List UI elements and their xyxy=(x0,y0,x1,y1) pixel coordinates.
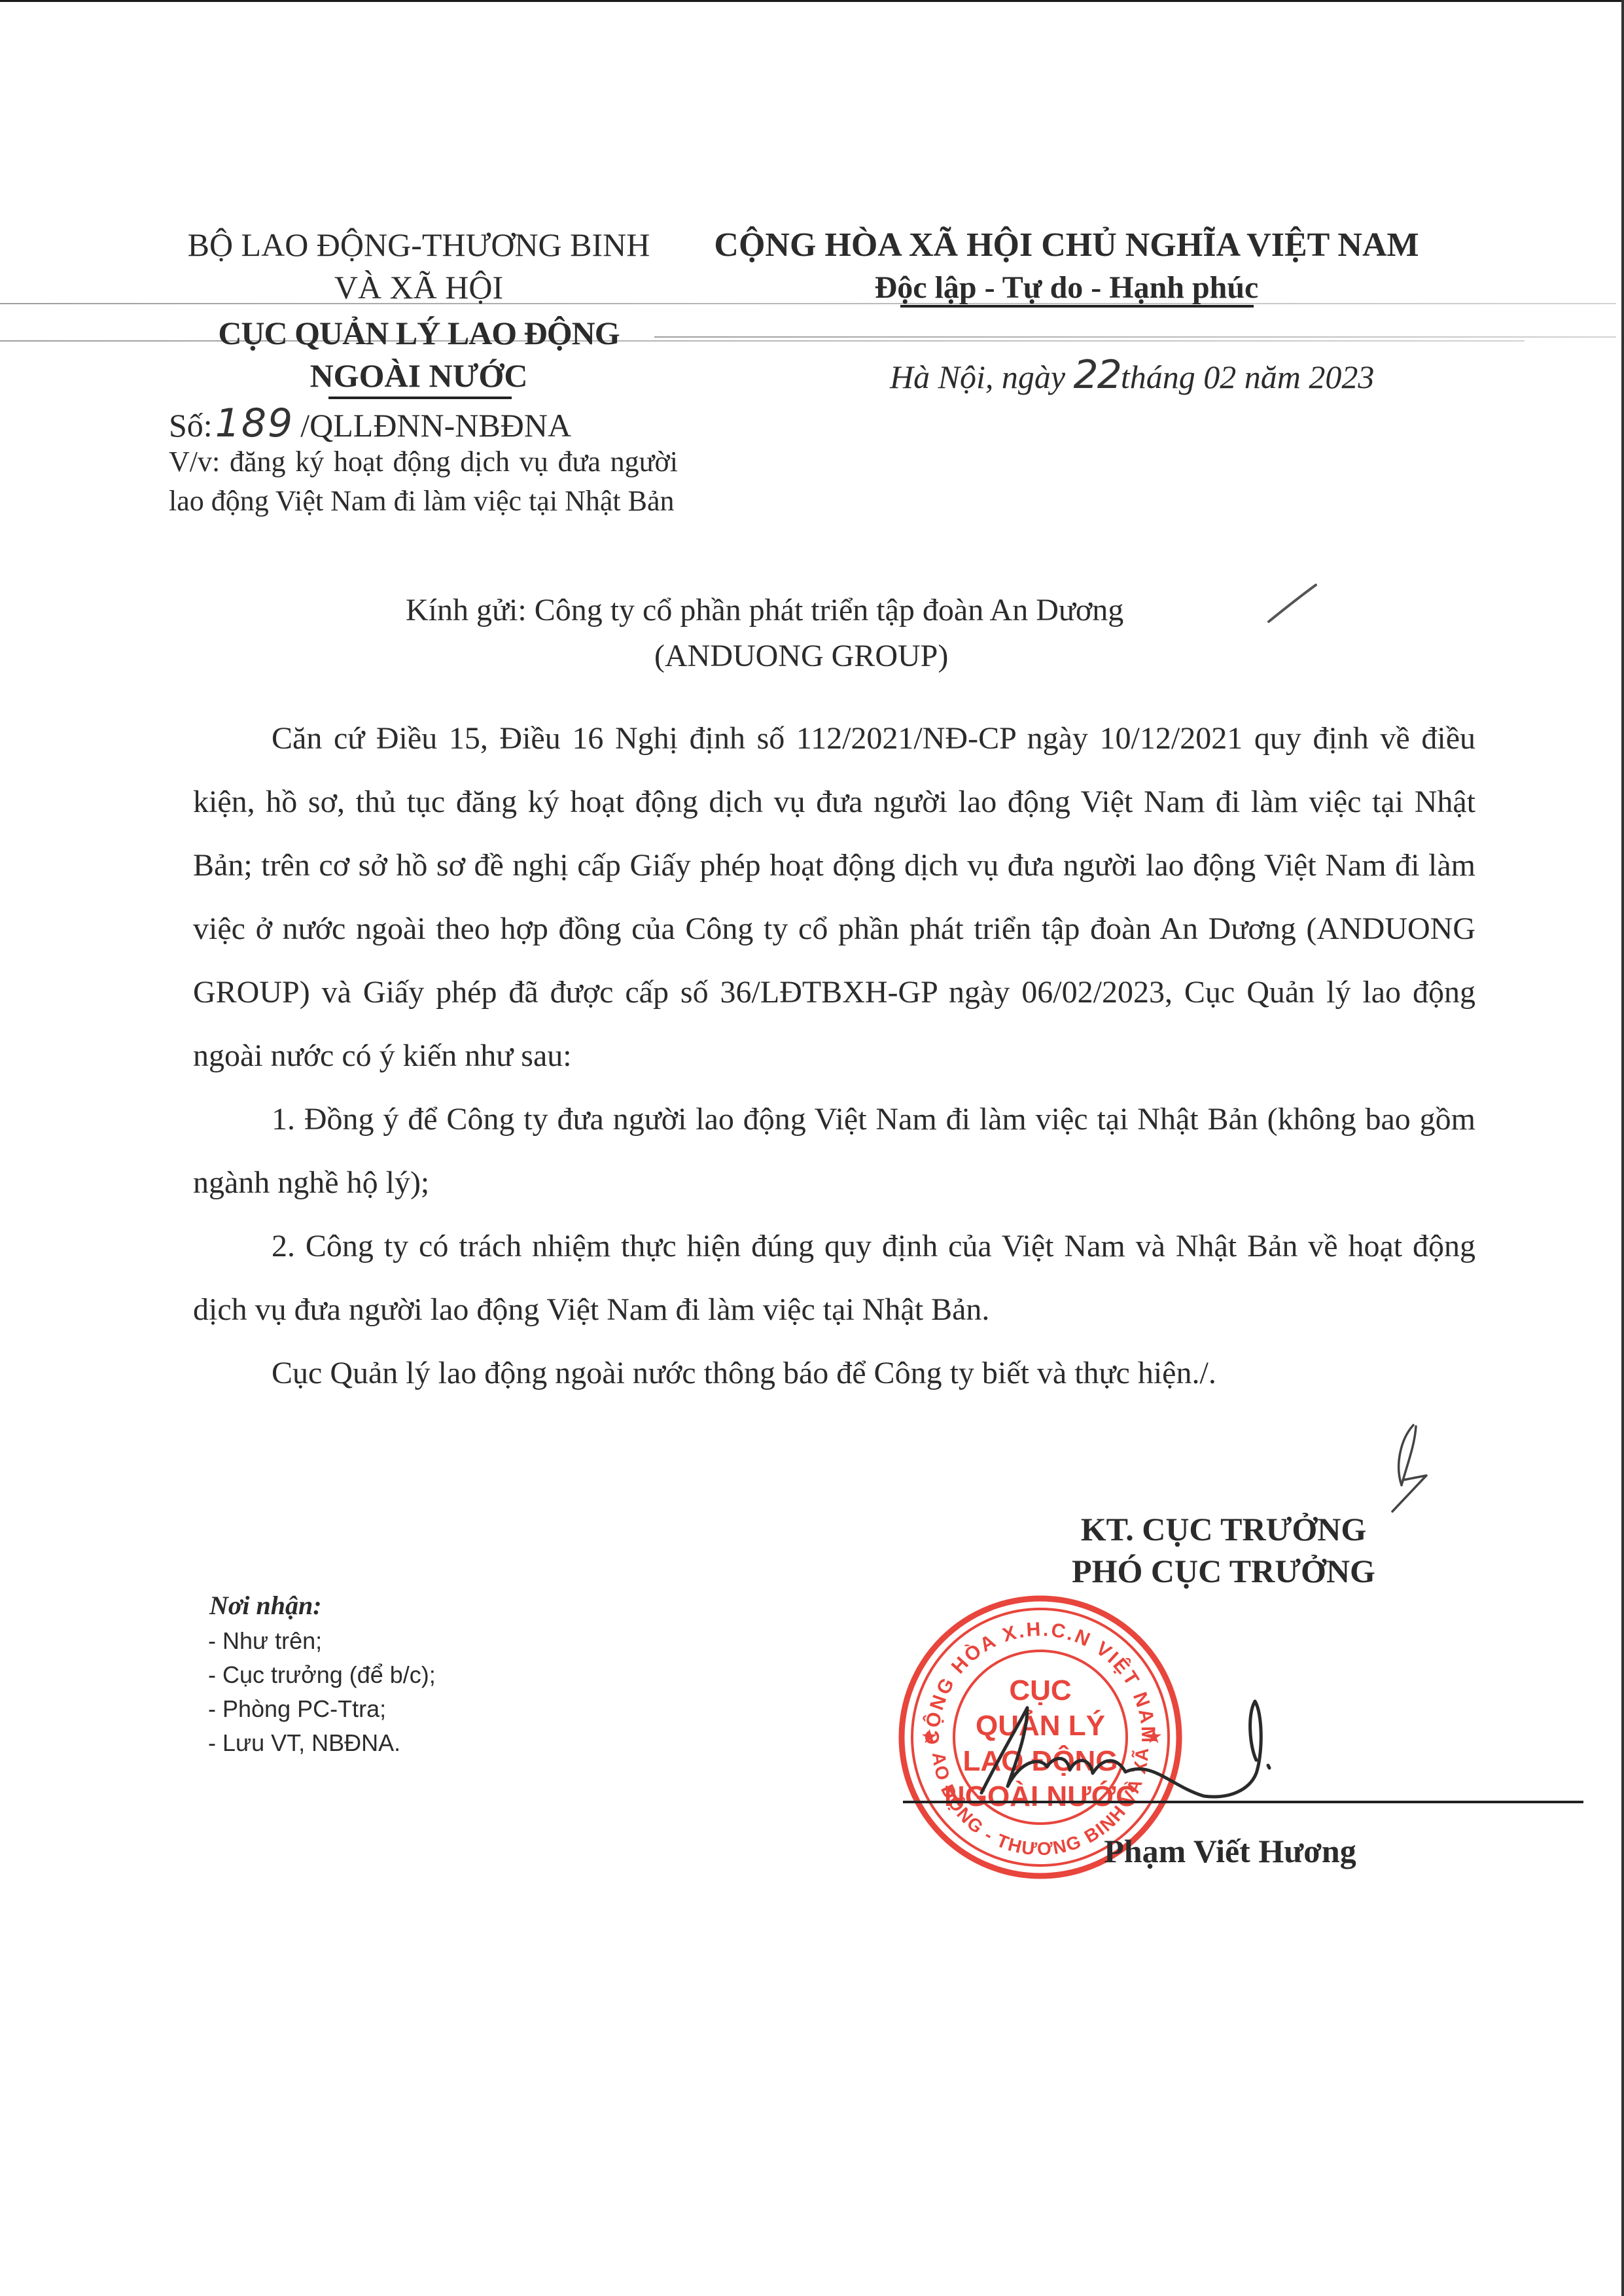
handwritten-signature-icon xyxy=(955,1695,1413,1799)
ministry-name-line2: VÀ XÃ HỘI xyxy=(177,268,661,306)
department-name-line1: CỤC QUẢN LÝ LAO ĐỘNG xyxy=(177,314,661,352)
doc-number-handwritten: 189 xyxy=(215,400,294,446)
recipient-line1: Kính gửi: Công ty cổ phần phát triển tập… xyxy=(406,592,1123,628)
national-motto: Độc lập - Tự do - Hạnh phúc xyxy=(700,270,1433,306)
body-item-1: 1. Đồng ý để Công ty đưa người lao động … xyxy=(193,1087,1475,1214)
date-day-handwritten: 22 xyxy=(1074,352,1121,398)
document-subject: V/v: đăng ký hoạt động dịch vụ đưa người… xyxy=(169,442,678,521)
recipients-list: - Như trên; - Cục trưởng (để b/c); - Phò… xyxy=(208,1624,436,1760)
scan-edge-top xyxy=(0,0,1624,2)
national-title: CỘNG HÒA XÃ HỘI CHỦ NGHĨA VIỆT NAM xyxy=(700,226,1433,264)
basis-paragraph: Căn cứ Điều 15, Điều 16 Nghị định số 112… xyxy=(193,707,1475,1087)
recipients-title: Nơi nhận: xyxy=(209,1590,322,1621)
document-date: Hà Nội, ngày 22tháng 02 năm 2023 xyxy=(890,352,1374,398)
scan-artifact-line xyxy=(654,336,1616,338)
recipient-line2: (ANDUONG GROUP) xyxy=(654,638,948,674)
body-item-2: 2. Công ty có trách nhiệm thực hiện đúng… xyxy=(193,1214,1475,1341)
ministry-name-line1: BỘ LAO ĐỘNG-THƯƠNG BINH xyxy=(177,226,661,264)
scan-edge-right xyxy=(1621,0,1624,2296)
date-prefix: Hà Nội, ngày xyxy=(890,359,1074,395)
recipient-item: - Phòng PC-Ttra; xyxy=(208,1692,436,1726)
document-number: Số:189/QLLĐNN-NBĐNA xyxy=(169,400,571,446)
document-body: Căn cứ Điều 15, Điều 16 Nghị định số 112… xyxy=(193,707,1475,1405)
recipient-item: - Lưu VT, NBĐNA. xyxy=(208,1726,436,1760)
signer-name: Phạm Viết Hương xyxy=(1021,1832,1439,1870)
initials-mark-icon xyxy=(1387,1420,1439,1518)
signature-title-line1: KT. CỤC TRƯỞNG xyxy=(995,1510,1453,1548)
signature-title-line2: PHÓ CỤC TRƯỞNG xyxy=(995,1552,1453,1590)
handwritten-check-icon xyxy=(1266,581,1318,627)
department-underline xyxy=(328,397,512,399)
signature-scan-line xyxy=(903,1801,1583,1803)
doc-number-label: Số: xyxy=(169,407,213,444)
doc-number-suffix: /QLLĐNN-NBĐNA xyxy=(300,407,571,444)
closing-paragraph: Cục Quản lý lao động ngoài nước thông bá… xyxy=(193,1341,1475,1405)
date-suffix: tháng 02 năm 2023 xyxy=(1121,359,1375,395)
recipient-item: - Như trên; xyxy=(208,1624,436,1658)
motto-underline xyxy=(900,305,1254,308)
recipient-item: - Cục trưởng (để b/c); xyxy=(208,1658,436,1692)
svg-text:★: ★ xyxy=(921,1726,938,1748)
department-name-line2: NGOÀI NƯỚC xyxy=(177,357,661,395)
